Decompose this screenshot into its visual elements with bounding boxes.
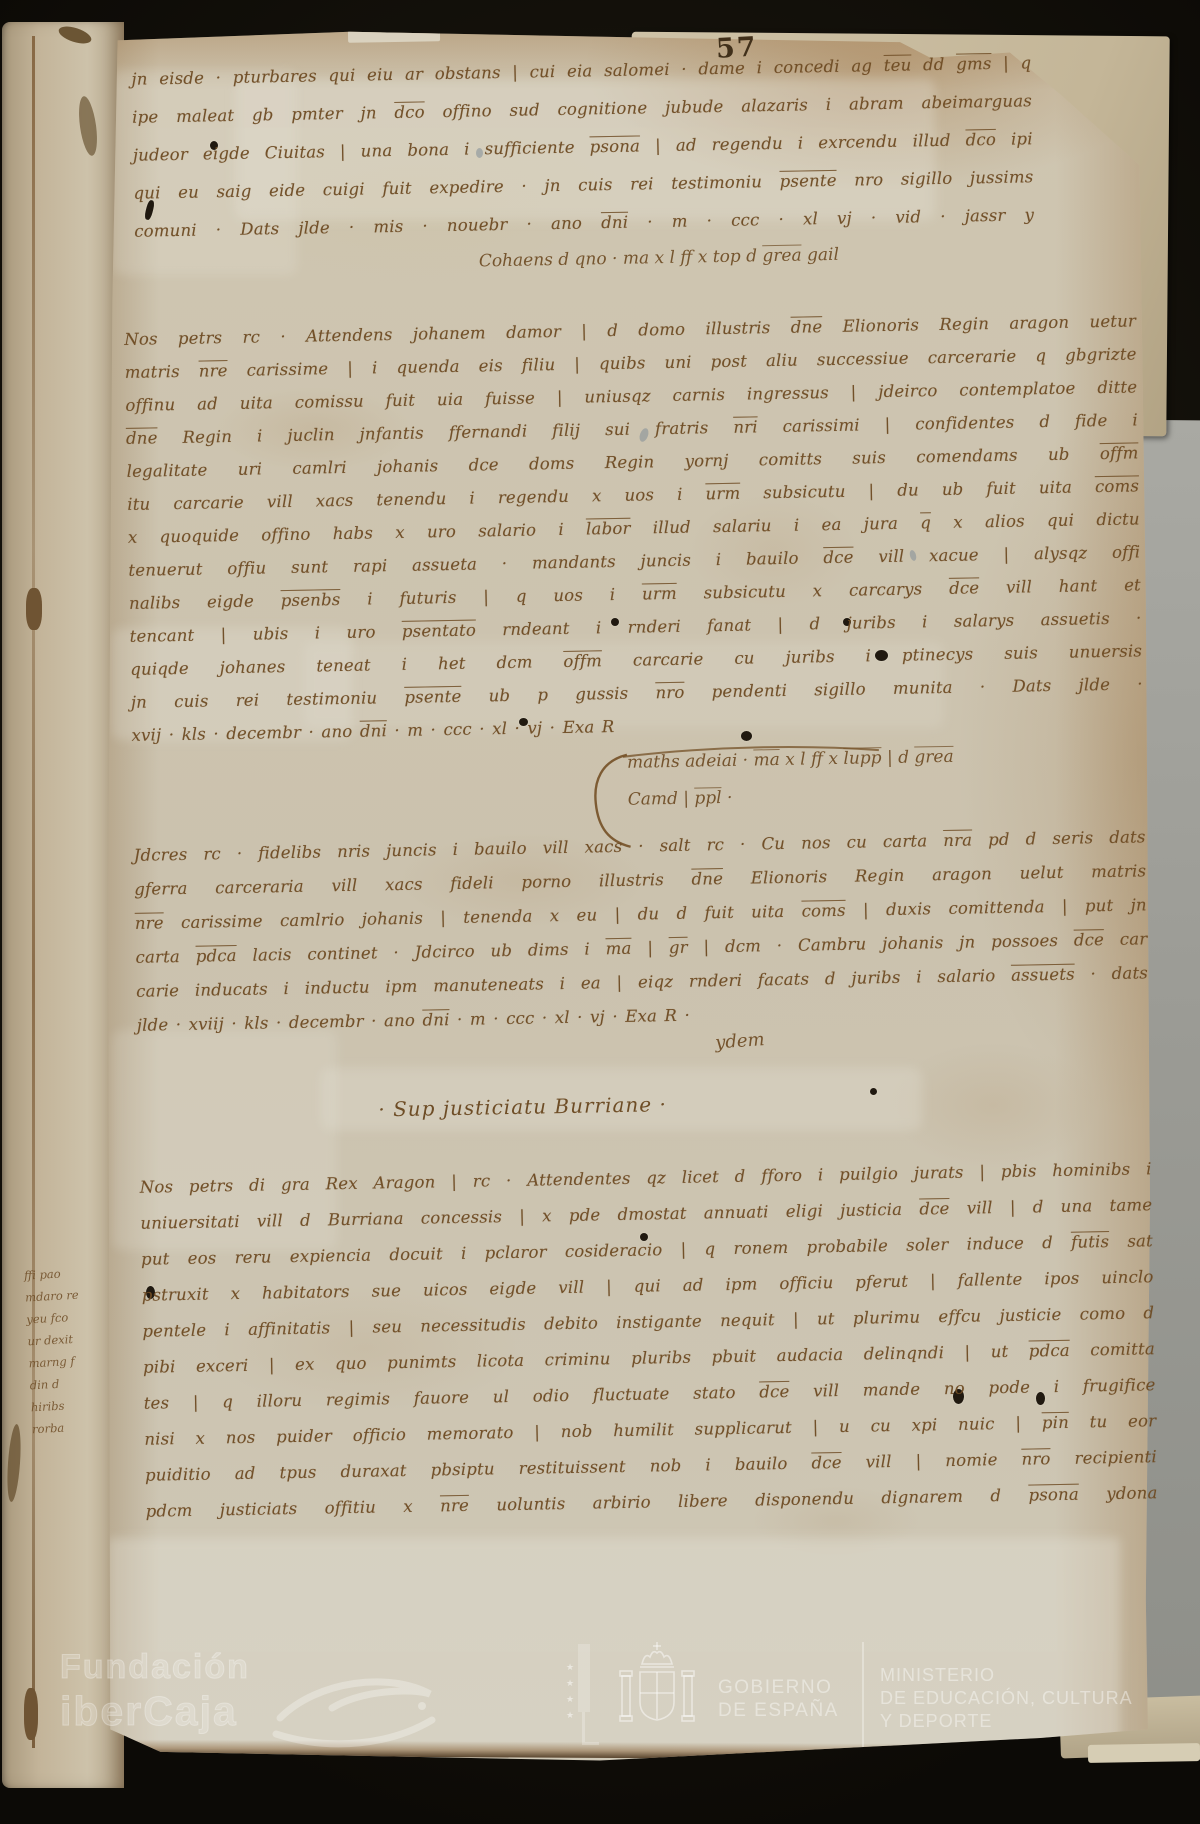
stitch-knot (24, 1688, 38, 1740)
paragraph-second: Nos petrs rc · Attendens johanem damor |… (124, 311, 1144, 758)
margin-notes: ffi pao mdaro re yeu fco ur dexit marng … (23, 1260, 124, 1441)
stitch-knot (26, 588, 42, 630)
idem-note: ydem (715, 1029, 766, 1053)
paragraph-fourth: Nos petrs di gra Rex Aragon | rc · Atten… (140, 1159, 1158, 1537)
manuscript-text-layer: 57 jn eisde · pturbares qui eiu ar obsta… (118, 0, 1163, 1824)
stitch-thread (32, 36, 35, 1748)
paragraph-third: Jdcres rc · fidelibs nris juncis i bauil… (134, 827, 1150, 1050)
section-heading: · Sup justiciatu Burriane · (378, 1092, 667, 1121)
book-binding (2, 22, 124, 1788)
manuscript-photograph: 57 jn eisde · pturbares qui eiu ar obsta… (0, 0, 1200, 1824)
chancery-signature-block: maths adeiai · ma x l ff x lupp | d grea… (627, 747, 955, 827)
paragraph-first: jn eisde · pturbares qui eiu ar obstans … (131, 53, 1034, 259)
